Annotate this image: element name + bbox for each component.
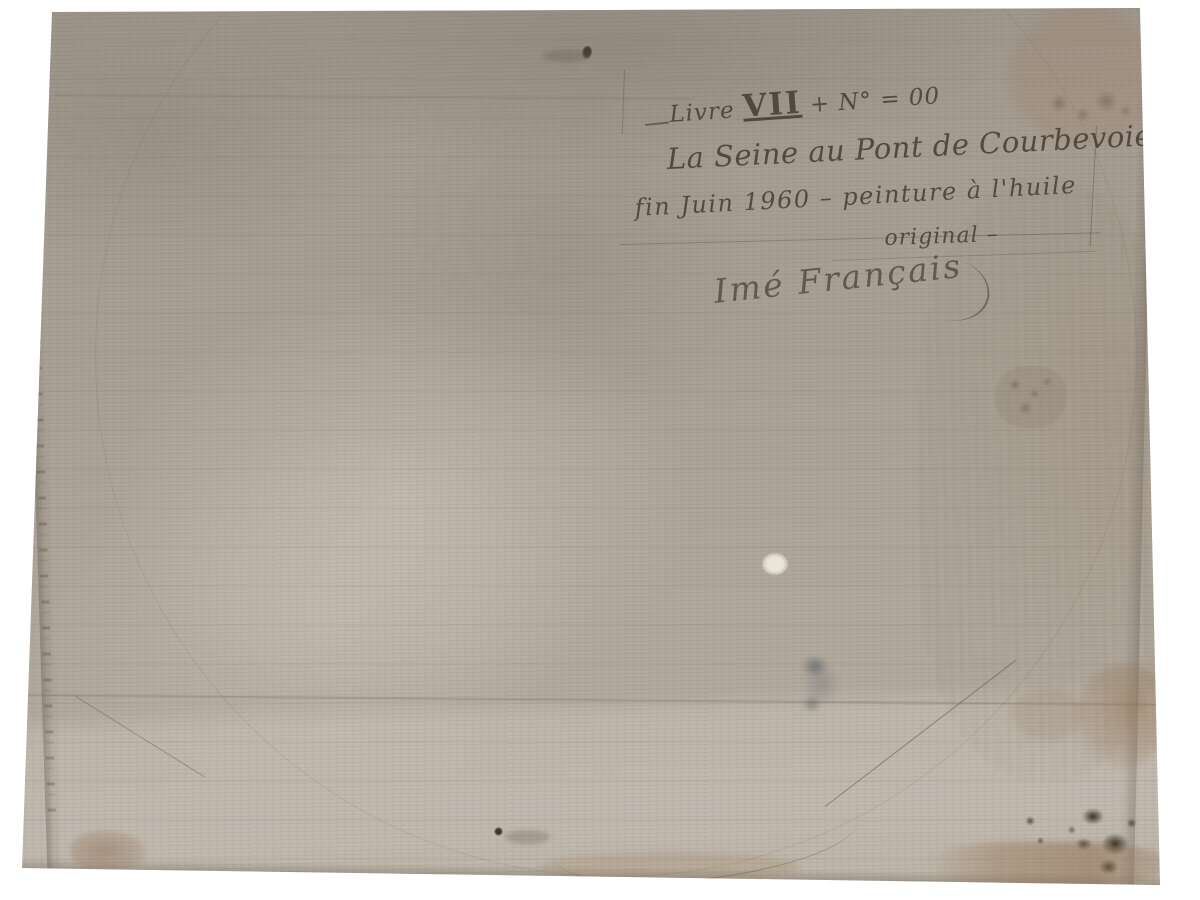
scratch-line [75, 696, 204, 777]
brown-streak-bottom [925, 842, 1165, 886]
panel-left-edge-rough-ticks [24, 55, 56, 815]
wood-panel-verso: Livre VII + N° = 00 La Seine au Pont de … [0, 0, 1200, 900]
photo-of-panel-verso: Livre VII + N° = 00 La Seine au Pont de … [0, 0, 1200, 900]
series-roman-numeral: VII [741, 85, 802, 125]
brown-stain-bottom-left [70, 830, 145, 872]
inscription-original-note: original – [884, 222, 999, 251]
brown-stain-halo [1012, 688, 1084, 740]
brown-stain-right-edge [1075, 665, 1170, 770]
series-prefix: Livre [669, 97, 736, 127]
